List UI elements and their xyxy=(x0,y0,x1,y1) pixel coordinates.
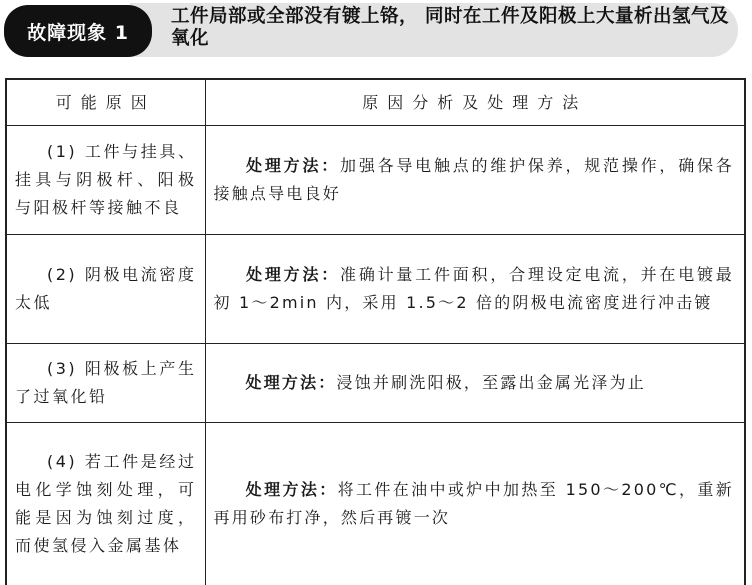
fault-badge: 故障现象 1 xyxy=(4,5,152,57)
cause-cell: (2) 阴极电流密度太低 xyxy=(6,235,205,344)
header-analysis-method: 原因分析及处理方法 xyxy=(205,79,745,126)
cause-text: (4) 若工件是经过电化学蚀刻处理，可能是因为蚀刻过度，而使氢侵入金属基体 xyxy=(15,452,197,555)
cause-text: (1) 工件与挂具、挂具与阴极杆、阳极与阳极杆等接触不良 xyxy=(15,142,197,217)
fault-title: 工件局部或全部没有镀上铬， 同时在工件及阳极上大量析出氢气及氧化 xyxy=(171,6,731,50)
cause-cell: (4) 若工件是经过电化学蚀刻处理，可能是因为蚀刻过度，而使氢侵入金属基体 xyxy=(6,423,205,585)
method-label: 处理方法： xyxy=(246,480,338,499)
fault-banner: 故障现象 1 工件局部或全部没有镀上铬， 同时在工件及阳极上大量析出氢气及氧化 xyxy=(0,0,752,60)
troubleshooting-table: 可能原因 原因分析及处理方法 (1) 工件与挂具、挂具与阴极杆、阳极与阳极杆等接… xyxy=(5,78,746,585)
header-possible-cause: 可能原因 xyxy=(6,79,205,126)
method-text: 浸蚀并刷洗阳极，至露出金属光泽为止 xyxy=(337,373,646,392)
cause-cell: (3) 阳极板上产生了过氧化铅 xyxy=(6,344,205,423)
method-label: 处理方法： xyxy=(246,156,341,175)
method-label: 处理方法： xyxy=(246,373,337,392)
table-row: (4) 若工件是经过电化学蚀刻处理，可能是因为蚀刻过度，而使氢侵入金属基体 处理… xyxy=(6,423,745,585)
table-row: (3) 阳极板上产生了过氧化铅 处理方法：浸蚀并刷洗阳极，至露出金属光泽为止 xyxy=(6,344,745,423)
cause-text: (3) 阳极板上产生了过氧化铅 xyxy=(15,359,197,406)
method-label: 处理方法： xyxy=(246,265,341,284)
cause-cell: (1) 工件与挂具、挂具与阴极杆、阳极与阳极杆等接触不良 xyxy=(6,126,205,235)
table-header-row: 可能原因 原因分析及处理方法 xyxy=(6,79,745,126)
method-cell: 处理方法：加强各导电触点的维护保养，规范操作，确保各接触点导电良好 xyxy=(205,126,745,235)
method-cell: 处理方法：浸蚀并刷洗阳极，至露出金属光泽为止 xyxy=(205,344,745,423)
table-row: (2) 阴极电流密度太低 处理方法：准确计量工件面积，合理设定电流，并在电镀最初… xyxy=(6,235,745,344)
cause-text: (2) 阴极电流密度太低 xyxy=(15,265,197,312)
method-cell: 处理方法：将工件在油中或炉中加热至 150～200℃，重新再用砂布打净，然后再镀… xyxy=(205,423,745,585)
method-cell: 处理方法：准确计量工件面积，合理设定电流，并在电镀最初 1～2min 内，采用 … xyxy=(205,235,745,344)
table-row: (1) 工件与挂具、挂具与阴极杆、阳极与阳极杆等接触不良 处理方法：加强各导电触… xyxy=(6,126,745,235)
